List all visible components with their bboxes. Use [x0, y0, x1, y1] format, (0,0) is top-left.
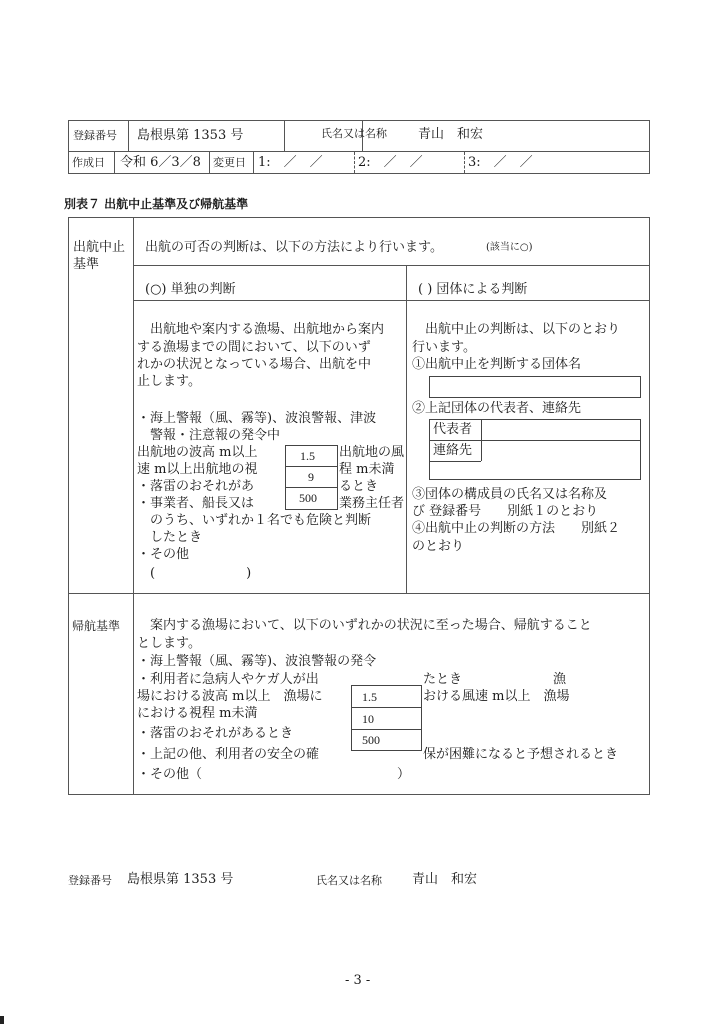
return-row5-right: 保が困難になると予想されるとき	[423, 748, 618, 761]
single-para-1: 出航地や案内する漁場、出航地から案内	[137, 323, 384, 336]
single-line6: したとき	[137, 531, 202, 544]
return-wave-height-value[interactable]: 1.5	[362, 691, 377, 703]
single-row4-right: 業務主任者	[339, 497, 404, 510]
return-row5-left: ・上記の他、利用者の安全の確	[137, 748, 319, 761]
departure-visibility-value[interactable]: 500	[299, 492, 317, 504]
group-para-1: 出航中止の判断は、以下のとおり	[412, 323, 620, 336]
reg-number-label: 登録番号	[73, 130, 117, 141]
change-slot-3: 3: ／ ／	[468, 156, 533, 169]
created-date-value: 令和 6／3／8	[120, 156, 201, 169]
change-slot-2: 2: ／ ／	[358, 156, 423, 169]
single-row1-right: 出航地の風	[339, 446, 404, 459]
return-row3-left: における視程 m未満	[137, 707, 257, 720]
group-item-2: ②上記団体の代表者、連絡先	[412, 402, 581, 415]
section-title: 別表７ 出航中止基準及び帰航基準	[64, 198, 248, 210]
return-row1-right: たとき 漁	[423, 673, 566, 686]
return-para-2: とします。	[137, 637, 201, 650]
return-visibility-value[interactable]: 500	[362, 734, 380, 746]
single-row2-left: 速 m以上出航地の視	[137, 463, 257, 476]
single-row4-left: ・事業者、船長又は	[137, 497, 254, 510]
group-item-3: ③団体の構成員の氏名又は名称及	[412, 488, 607, 501]
change-slot-1: 1: ／ ／	[258, 156, 323, 169]
footer-reg-value: 島根県第 1353 号	[127, 873, 233, 886]
return-other-input[interactable]: ・その他（ ）	[137, 768, 410, 781]
created-date-label: 作成日	[72, 157, 105, 168]
departure-wave-height-value[interactable]: 1.5	[300, 450, 315, 462]
single-row3-left: ・落雷のおそれがあ	[137, 480, 254, 493]
single-row3-right: るとき	[339, 480, 378, 493]
group-item-3-line2: び 登録番号 別紙１のとおり	[412, 505, 598, 518]
return-row4-left: ・落雷のおそれがあるとき	[137, 727, 293, 740]
option-group-judgment[interactable]: ( ) 団体による判断	[418, 283, 527, 296]
footer-reg-label: 登録番号	[68, 875, 112, 886]
single-para-2: する漁場までの間において、以下のいず	[137, 341, 371, 354]
single-bullet-warnings-2: 警報・注意報の発令中	[137, 429, 280, 442]
group-item-1: ①出航中止を判断する団体名	[412, 358, 581, 371]
representative-label: 代表者	[433, 423, 472, 436]
page-number: - 3 -	[345, 974, 370, 987]
group-name-field[interactable]	[429, 376, 641, 398]
return-row2-right: おける風速 m以上 漁場	[423, 690, 569, 703]
single-para-3: れかの状況となっている場合、出航を中	[137, 358, 371, 371]
single-line5: のうち、いずれか１名でも危険と判断	[137, 514, 371, 527]
group-item-4-line2: のとおり	[412, 540, 464, 553]
name-value: 青山 和宏	[418, 128, 483, 141]
reg-number-value: 島根県第 1353 号	[137, 129, 243, 142]
single-line8-other-input[interactable]: ( )	[137, 567, 251, 580]
name-label: 氏名又は名称	[321, 128, 387, 139]
group-para-2: 行います。	[412, 341, 476, 354]
group-item-4: ④出航中止の判断の方法 別紙２	[412, 522, 620, 535]
return-row2-left: 場における波高 m以上 漁場に	[137, 690, 322, 703]
return-label: 帰航基準	[72, 620, 120, 632]
return-row1-left: ・利用者に急病人やケガ人が出	[137, 673, 319, 686]
footer-name-value: 青山 和宏	[412, 873, 477, 886]
departure-wind-speed-value[interactable]: 9	[308, 471, 314, 483]
single-row2-right: 程 m未満	[339, 463, 394, 476]
departure-intro: 出航の可否の判断は、以下の方法により行います。	[145, 241, 443, 254]
contact-label: 連絡先	[433, 444, 472, 457]
single-row1-left: 出航地の波高 m以上	[137, 446, 257, 459]
return-para-1: 案内する漁場において、以下のいずれかの状況に至った場合、帰航すること	[137, 619, 592, 632]
departure-label: 出航中止	[73, 241, 125, 254]
single-bullet-warnings: ・海上警報（風、霧等)、波浪警報、津波	[137, 412, 376, 425]
single-para-4: 止します。	[137, 375, 201, 388]
departure-intro-note: (該当に○)	[486, 243, 533, 253]
scan-edge-mark	[0, 1016, 4, 1024]
single-line7: ・その他	[137, 548, 189, 561]
changed-date-label: 変更日	[213, 157, 246, 168]
departure-label-2: 基準	[73, 258, 99, 271]
option-single-judgment[interactable]: (○) 単独の判断	[145, 283, 236, 296]
footer-name-label: 氏名又は名称	[316, 875, 382, 886]
return-wind-speed-value[interactable]: 10	[362, 713, 374, 725]
return-bullet-warnings: ・海上警報（風、霧等)、波浪警報の発令	[137, 655, 376, 668]
